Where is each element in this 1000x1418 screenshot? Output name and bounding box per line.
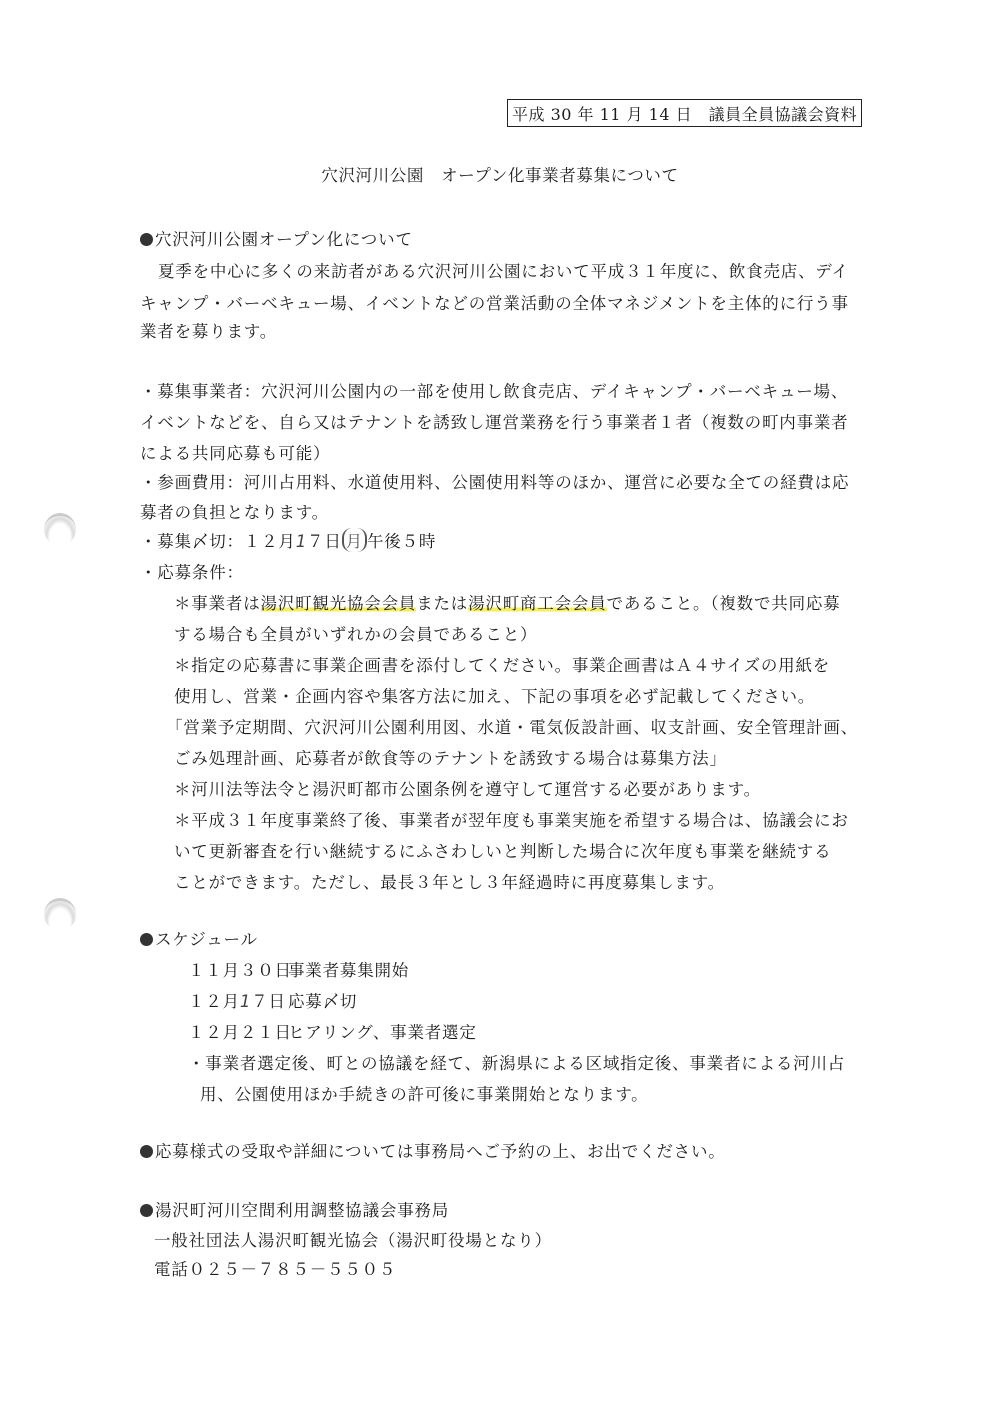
date-part: １２月 [188,992,240,1011]
application-note-text: 応募様式の受取や詳細については事務局へご予約の上、お出でください。 [155,1142,726,1161]
deadline-line: ・募集〆切：１２月1７日月午後５時 [140,528,436,552]
schedule-date: １２月２１日 [188,1019,288,1043]
date-part: ７日 [251,992,286,1011]
schedule-date: １１月３０日 [188,957,288,981]
condition-line: ＊指定の応募書に事業企画書を添付してください。事業企画書はＡ４サイズの用紙を [174,652,830,676]
schedule-event: 応募〆切 [288,992,357,1011]
recruit-line: イベントなどを、自ら又はテナントを誘致し運営業務を行う事業者１者（複数の町内事業… [140,409,848,433]
bullet-icon [140,933,153,946]
condition-line: ＊平成３１年度事業終了後、事業者が翌年度も事業実施を希望する場合は、協議会にお [174,807,849,831]
bullet-icon [140,1145,153,1158]
condition-text: ＊事業者は [174,594,261,613]
paragraph-line: キャンプ・バーベキュー場、イベントなどの営業活動の全体マネジメントを主体的に行う… [140,290,849,314]
schedule-note: 用、公園使用ほか手続きの許可後に事業開始となります。 [200,1081,648,1105]
weekday-text: 月 [346,532,363,551]
deadline-time: 午後５時 [367,532,436,551]
section-heading-open: 穴沢河川公園オープン化について [140,226,413,250]
schedule-note: ・事業者選定後、町との協議を経て、新潟県による区域指定後、事業者による河川占 [188,1050,845,1074]
meeting-label-box: 平成 30 年 11 月 14 日 議員全員協議会資料 [507,99,862,127]
deadline-prefix: ・募集〆切：１２月 [140,532,296,551]
document-title: 穴沢河川公園 オープン化事業者募集について [0,162,1000,186]
schedule-item: １２月1７日応募〆切 [188,988,357,1012]
condition-line: いて更新審査を行い継続するにふさわしいと判断した場合に次年度も事業を継続する [174,838,831,862]
document-page: 平成 30 年 11 月 14 日 議員全員協議会資料 穴沢河川公園 オープン化… [0,0,1000,1418]
contact-heading-text: 湯沢町河川空間利用調整協議会事務局 [155,1201,449,1220]
conditions-label: ・応募条件： [140,559,244,583]
schedule-item: １１月３０日事業者募集開始 [188,957,409,981]
deadline-day: ７日 [307,532,342,551]
cost-line: 募者の負担となります。 [140,499,329,523]
handwritten-digit: 1 [240,992,251,1011]
recruit-line: による共同応募も可能） [140,440,330,464]
paragraph-line: 業者を募ります。 [140,318,277,342]
condition-line: ことができます。ただし、最長３年とし３年経過時に再度募集します。 [174,869,725,893]
section-heading-text: スケジュール [155,930,258,949]
condition-line: ＊河川法等法令と湯沢町都市公園条例を遵守して運営する必要があります。 [174,776,761,800]
condition-line: ごみ処理計画、応募者が飲食等のテナントを誘致する場合は募集方法」 [174,745,727,769]
bullet-icon [140,1204,153,1217]
contact-org: 一般社団法人湯沢町観光協会（湯沢町役場となり） [154,1227,552,1251]
handwritten-digit: 1 [296,532,307,551]
schedule-item: １２月２１日ヒアリング、事業者選定 [188,1019,477,1043]
condition-line: 「営業予定期間、穴沢河川公園利用図、水道・電気仮設計画、収支計画、安全管理計画、 [166,714,858,738]
highlighted-text: 湯沢町商工会会員 [468,594,606,613]
punch-hole-mark [44,513,76,546]
application-note: 応募様式の受取や詳細については事務局へご予約の上、お出でください。 [140,1138,726,1162]
schedule-event: ヒアリング、事業者選定 [288,1023,477,1042]
punch-hole-mark [44,898,76,931]
handwritten-weekday: 月 [342,528,367,552]
cost-line: ・参画費用：河川占用料、水道使用料、公園使用料等のほか、運営に必要な全ての経費は… [140,469,849,493]
contact-phone: 電話０２５－７８５－５５０５ [154,1256,396,1280]
schedule-event: 事業者募集開始 [288,961,409,980]
condition-text: または [416,594,468,613]
condition-line: 使用し、営業・企画内容や集客方法に加え、下記の事項を必ず記載してください。 [174,683,815,707]
condition-membership: ＊事業者は湯沢町観光協会会員または湯沢町商工会会員であること。（複数で共同応募 [174,590,840,614]
contact-heading: 湯沢町河川空間利用調整協議会事務局 [140,1197,449,1221]
bullet-icon [140,233,153,246]
schedule-date: １２月1７日 [188,988,288,1012]
section-heading-schedule: スケジュール [140,926,258,950]
condition-text: であること。（複数で共同応募 [607,594,841,613]
highlighted-text: 湯沢町観光協会会員 [261,594,417,613]
section-heading-text: 穴沢河川公園オープン化について [155,230,413,249]
recruit-line: ・募集事業者：穴沢河川公園内の一部を使用し飲食売店、デイキャンプ・バーベキュー場… [140,378,848,402]
paragraph-line: 夏季を中心に多くの来訪者がある穴沢河川公園において平成３１年度に、飲食売店、デイ [158,258,849,282]
condition-line: する場合も全員がいずれかの会員であること） [174,621,537,645]
